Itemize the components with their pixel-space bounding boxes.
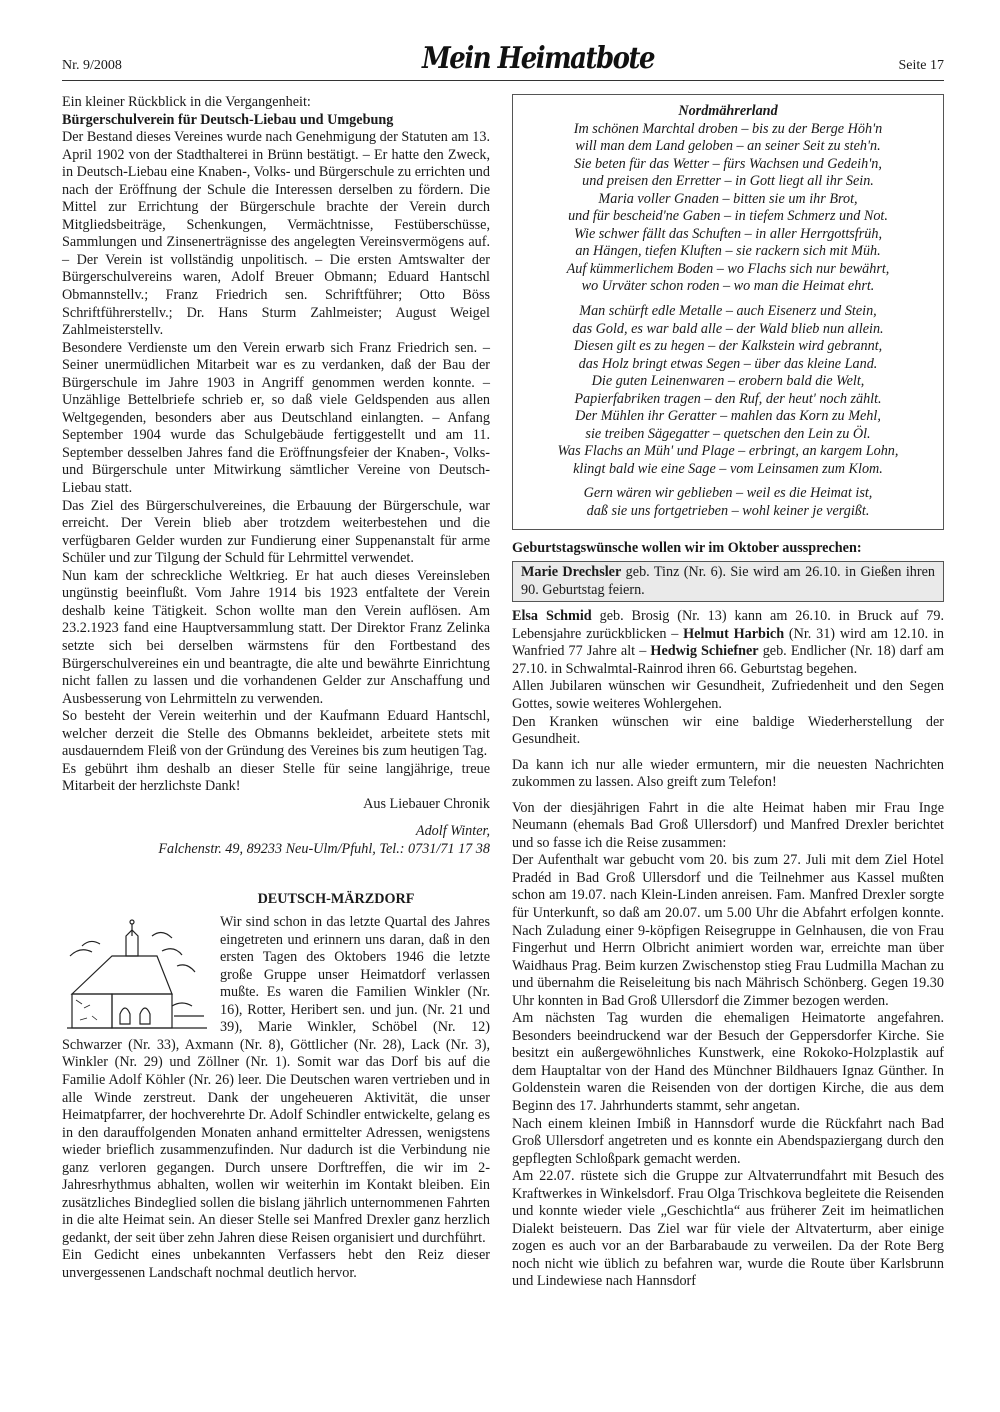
poem-line: daß sie uns fortgetrieben – wohl keiner …	[519, 503, 937, 521]
paragraph: Nach einem kleinen Imbiß in Hannsdorf wu…	[512, 1116, 944, 1169]
poem-stanza: Gern wären wir geblieben – weil es die H…	[519, 485, 937, 520]
paragraph: So besteht der Verein weiterhin und der …	[62, 708, 490, 761]
paragraph: Am nächsten Tag wurden die ehemaligen He…	[512, 1010, 944, 1115]
poem-line: und preisen den Erretter – in Gott liegt…	[519, 173, 937, 191]
poem-stanza: Im schönen Marchtal droben – bis zu der …	[519, 121, 937, 296]
poem-line: Papierfabriken tragen – den Ruf, der heu…	[519, 391, 937, 409]
paragraph: Den Kranken wünschen wir eine baldige Wi…	[512, 714, 944, 749]
article-title: Bürgerschulverein für Deutsch-Liebau und…	[62, 112, 490, 130]
poem-stanza: Man schürft edle Metalle – auch Eisenerz…	[519, 303, 937, 478]
poem-line: Im schönen Marchtal droben – bis zu der …	[519, 121, 937, 139]
poem-line: Auf kümmerlichem Boden – wo Flachs sich …	[519, 261, 937, 279]
highlight-name: Marie Drechsler	[521, 564, 621, 580]
paragraph: Allen Jubilaren wünschen wir Gesundheit,…	[512, 678, 944, 713]
paragraph: Da kann ich nur alle wieder ermuntern, m…	[512, 757, 944, 792]
birthday-name: Helmut Harbich	[683, 626, 784, 642]
poem-line: an Hängen, tiefen Kluften – sie rackern …	[519, 243, 937, 261]
author-name: Adolf Winter,	[62, 823, 490, 841]
poem-line: Was Flachs an Müh' und Plage – erbringt,…	[519, 443, 937, 461]
poem-line: und für bescheid'ne Gaben – in tiefem Sc…	[519, 208, 937, 226]
poem-line: will man dem Land geloben – an seiner Se…	[519, 138, 937, 156]
poem-line: Diesen gilt es zu hegen – der Kalkstein …	[519, 338, 937, 356]
page-number: Seite 17	[899, 58, 945, 74]
masthead-logo: Mein Heimatbote	[422, 42, 654, 77]
poem-title: Nordmährerland	[519, 103, 937, 121]
poem-box: Nordmährerland Im schönen Marchtal drobe…	[512, 94, 944, 530]
paragraph: Nun kam der schreckliche Weltkrieg. Er h…	[62, 568, 490, 708]
birthday-name: Hedwig Schiefner	[650, 643, 758, 659]
poem-line: Wie schwer fällt das Schuften – in aller…	[519, 226, 937, 244]
issue-number: Nr. 9/2008	[62, 58, 122, 74]
poem-line: sie treiben Sägegatter – quetschen den L…	[519, 426, 937, 444]
paragraph: Am 22.07. rüstete sich die Gruppe zur Al…	[512, 1168, 944, 1291]
poem-line: wo Urväter schon roden – wo man die Heim…	[519, 278, 937, 296]
birthday-name: Elsa Schmid	[512, 608, 592, 624]
church-drawing-icon	[62, 916, 212, 1034]
paragraph: Es gebührt ihm deshalb an dieser Stelle …	[62, 761, 490, 796]
poem-line: Gern wären wir geblieben – weil es die H…	[519, 485, 937, 503]
highlight-box: Marie Drechsler geb. Tinz (Nr. 6). Sie w…	[512, 561, 944, 602]
paragraph: Der Aufenthalt war gebucht vom 20. bis z…	[512, 852, 944, 1010]
birthday-heading: Geburtstagswünsche wollen wir im Oktober…	[512, 540, 944, 558]
poem-line: das Gold, es war bald alle – der Wald bl…	[519, 321, 937, 339]
source-credit: Aus Liebauer Chronik	[62, 796, 490, 814]
right-column: Nordmährerland Im schönen Marchtal drobe…	[512, 94, 944, 1291]
poem-line: klingt bald wie eine Sage – vom Leinsame…	[519, 461, 937, 479]
poem-line: das Holz bringt etwas Segen – über das k…	[519, 356, 937, 374]
section-title: DEUTSCH-MÄRZDORF	[62, 891, 490, 909]
article-intro: Ein kleiner Rückblick in die Vergangenhe…	[62, 94, 490, 112]
poem-line: Maria voller Gnaden – bitten sie um ihr …	[519, 191, 937, 209]
poem-line: Der Mühlen ihr Geratter – mahlen das Kor…	[519, 408, 937, 426]
author-address: Falchenstr. 49, 89233 Neu-Ulm/Pfuhl, Tel…	[62, 841, 490, 859]
left-column: Ein kleiner Rückblick in die Vergangenhe…	[62, 94, 490, 1283]
paragraph: Ein Gedicht eines unbekannten Verfassers…	[62, 1247, 490, 1282]
poem-line: Die guten Leinenwaren – erobern bald die…	[519, 373, 937, 391]
paragraph: Besondere Verdienste um den Verein erwar…	[62, 340, 490, 498]
poem-line: Sie beten für das Wetter – fürs Wachsen …	[519, 156, 937, 174]
page-header: Nr. 9/2008 Mein Heimatbote Seite 17	[62, 44, 944, 81]
paragraph: Das Ziel des Bürgerschulvereines, die Er…	[62, 498, 490, 568]
birthday-list: Elsa Schmid geb. Brosig (Nr. 13) kann am…	[512, 608, 944, 678]
paragraph: Der Bestand dieses Vereines wurde nach G…	[62, 129, 490, 340]
poem-line: Man schürft edle Metalle – auch Eisenerz…	[519, 303, 937, 321]
paragraph: Von der diesjährigen Fahrt in die alte H…	[512, 800, 944, 853]
